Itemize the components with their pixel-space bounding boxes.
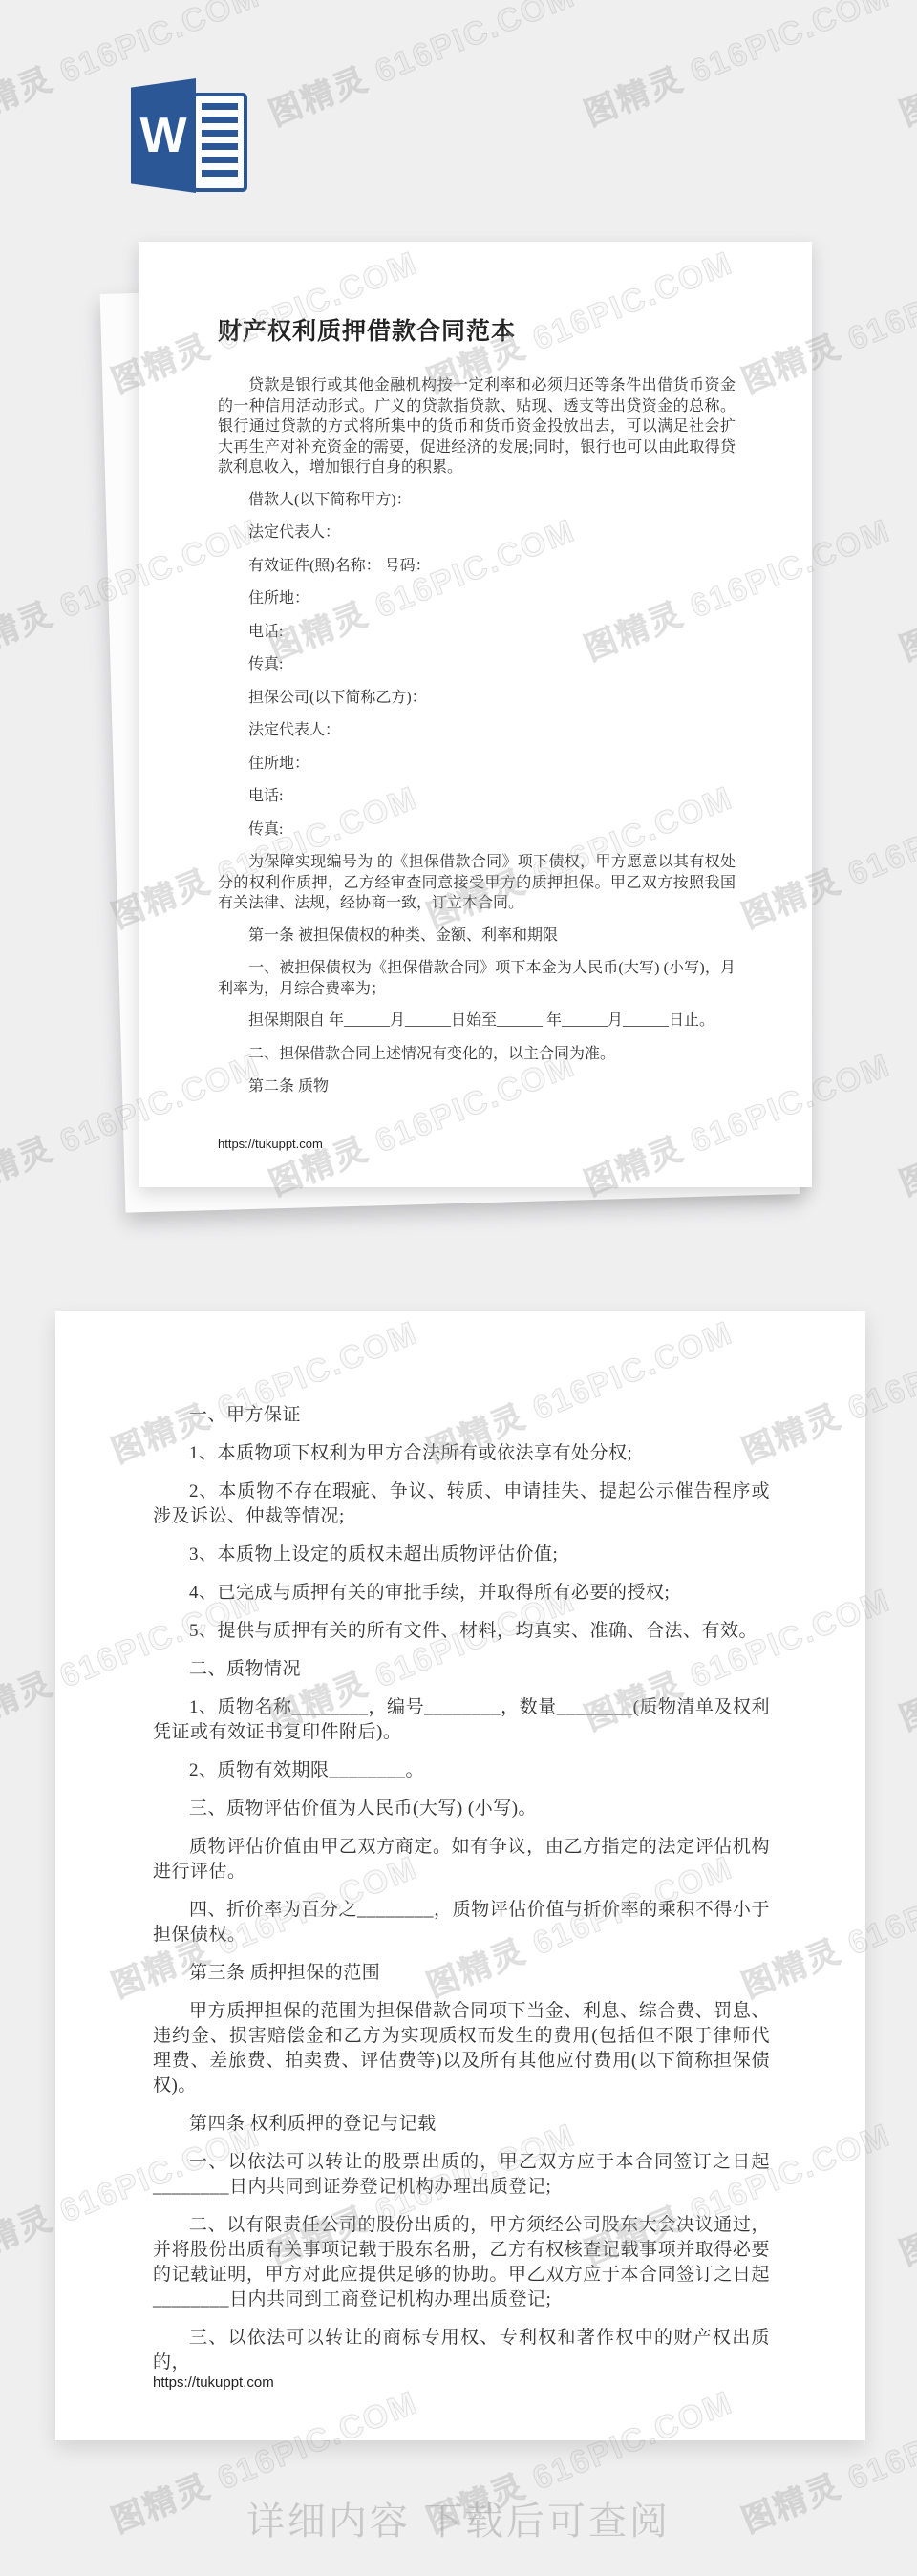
document-title: 财产权利质押借款合同范本 <box>218 312 736 347</box>
list-item: 三、质物评估价值为人民币(大写) (小写)。 <box>153 1797 770 1821</box>
field-line: 担保公司(以下简称乙方)： <box>218 688 736 709</box>
field-line: 电话: <box>218 622 736 643</box>
word-document-sheet-icon <box>192 93 247 192</box>
preview-caption: 详细内容 下载后可查阅 <box>0 2491 917 2545</box>
clause-heading: 第四条 权利质押的登记与记载 <box>153 2112 770 2137</box>
watermark-text: 图精灵 616PIC.COM <box>891 1574 917 1739</box>
watermark-text: 图精灵 616PIC.COM <box>891 2109 917 2274</box>
list-item: 三、以依法可以转让的商标专用权、专利权和著作权中的财产权出质的， <box>153 2326 770 2375</box>
paragraph: 一、被担保债权为《担保借款合同》项下本金为人民币(大写) (小写)，月利率为，月… <box>218 958 736 999</box>
field-line: 传真: <box>218 820 736 841</box>
list-item: 2、质物有效期限________。 <box>153 1758 770 1783</box>
page-1-content: 财产权利质押借款合同范本 贷款是银行或其他金融机构按一定利率和必须归还等条件出借… <box>218 301 736 1110</box>
paragraph: 质物评估价值由甲乙双方商定。如有争议，由乙方指定的法定评估机构进行评估。 <box>153 1835 770 1884</box>
list-item: 2、本质物不存在瑕疵、争议、转质、申请挂失、提起公示催告程序或涉及诉讼、仲裁等情… <box>153 1480 770 1529</box>
preview-stage: W 财产权利质押借款合同范本 贷款是银行或其他金融机构按一定利率和必须归还等条件… <box>0 0 917 2576</box>
field-line: 电话: <box>218 786 736 807</box>
field-line: 住所地： <box>218 754 736 775</box>
clause-heading: 第三条 质押担保的范围 <box>153 1961 770 1986</box>
watermark-text: 图精灵 616PIC.COM <box>891 1039 917 1204</box>
page-1-footer-url: https://tukuppt.com <box>218 1137 323 1151</box>
list-item: 5、提供与质押有关的所有文件、材料，均真实、准确、合法、有效。 <box>153 1619 770 1644</box>
list-item: 4、已完成与质押有关的审批手续，并取得所有必要的授权; <box>153 1581 770 1606</box>
watermark-text: 图精灵 616PIC.COM <box>576 0 896 135</box>
paragraph: 甲方质押担保的范围为担保借款合同项下当金、利息、综合费、罚息、违约金、损害赔偿金… <box>153 1999 770 2098</box>
list-item: 二、以有限责任公司的股份出质的，甲方须经公司股东大会决议通过，并将股份出质有关事… <box>153 2213 770 2312</box>
field-line: 有效证件(照)名称： 号码： <box>218 556 736 577</box>
section-heading: 一、甲方保证 <box>153 1403 770 1428</box>
list-item: 四、折价率为百分之________，质物评估价值与折价率的乘积不得小于担保债权。 <box>153 1898 770 1948</box>
watermark-text: 图精灵 616PIC.COM <box>261 0 581 135</box>
field-line: 借款人(以下简称甲方)： <box>218 490 736 511</box>
word-document-lines-icon <box>202 103 238 181</box>
page-2-footer-url: https://tukuppt.com <box>153 2374 274 2391</box>
word-logo-letter: W <box>139 111 186 160</box>
word-file-icon: W <box>131 78 245 193</box>
document-page-2: 一、甲方保证 1、本质物项下权利为甲方合法所有或依法享有处分权; 2、本质物不存… <box>55 1311 865 2440</box>
paragraph: 贷款是银行或其他金融机构按一定利率和必须归还等条件出借货币资金的一种信用活动形式… <box>218 375 736 479</box>
field-line: 住所地： <box>218 588 736 609</box>
clause-heading: 第二条 质物 <box>218 1076 736 1097</box>
field-line: 担保期限自 年______月______日始至______ 年______月__… <box>218 1011 736 1032</box>
list-item: 3、本质物上设定的质权未超出质物评估价值; <box>153 1543 770 1567</box>
watermark-text: 图精灵 616PIC.COM <box>891 504 917 670</box>
field-line: 传真: <box>218 654 736 675</box>
page-2-content: 一、甲方保证 1、本质物项下权利为甲方合法所有或依法享有处分权; 2、本质物不存… <box>153 1403 770 2389</box>
field-line: 法定代表人： <box>218 522 736 543</box>
watermark-text: 图精灵 616PIC.COM <box>891 0 917 135</box>
document-page-1: 财产权利质押借款合同范本 贷款是银行或其他金融机构按一定利率和必须归还等条件出借… <box>139 242 812 1187</box>
word-logo-icon: W <box>131 78 196 193</box>
list-item: 1、质物名称________，编号________，数量________(质物清… <box>153 1695 770 1745</box>
clause-heading: 第一条 被担保债权的种类、金额、利率和期限 <box>218 926 736 947</box>
field-line: 法定代表人： <box>218 720 736 741</box>
paragraph: 为保障实现编号为 的《担保借款合同》项下债权，甲方愿意以其有权处分的权利作质押，… <box>218 852 736 914</box>
paragraph: 二、担保借款合同上述情况有变化的，以主合同为准。 <box>218 1044 736 1065</box>
list-item: 一、以依法可以转让的股票出质的，甲乙双方应于本合同签订之日起________日内… <box>153 2150 770 2200</box>
section-heading: 二、质物情况 <box>153 1657 770 1682</box>
list-item: 1、本质物项下权利为甲方合法所有或依法享有处分权; <box>153 1441 770 1466</box>
